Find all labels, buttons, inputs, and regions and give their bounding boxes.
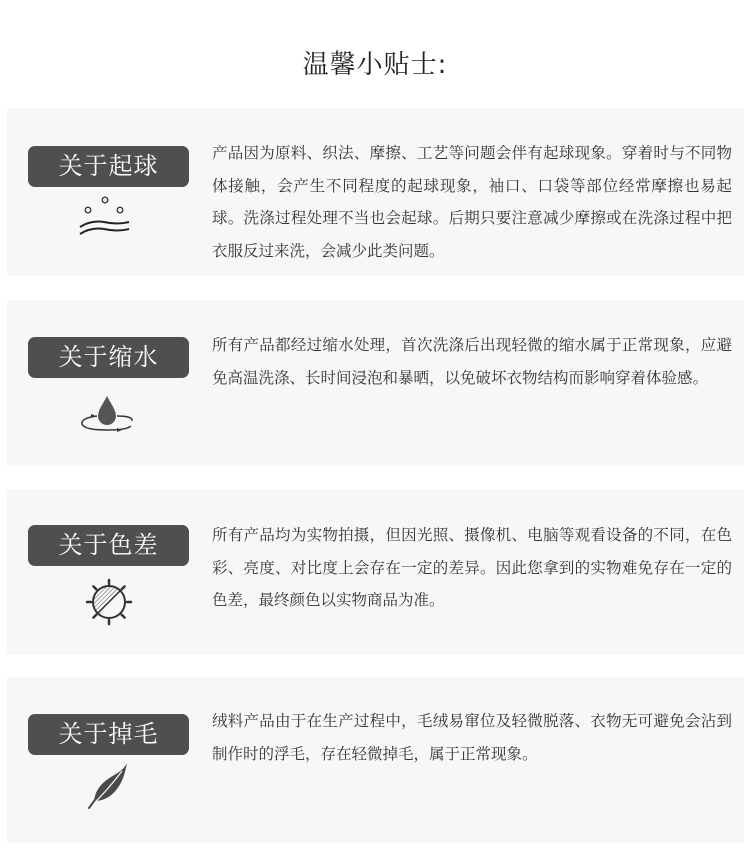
tip-badge-shrinkage: 关于缩水 <box>28 337 189 378</box>
tip-text-shrinkage: 所有产品都经过缩水处理，首次洗涤后出现轻微的缩水属于正常现象，应避免高温洗涤、长… <box>212 329 732 394</box>
feather-icon <box>67 761 147 811</box>
tip-badge-shedding: 关于掉毛 <box>28 714 189 755</box>
tip-text-color-difference: 所有产品均为实物拍摄，但因光照、摄像机、电脑等观看设备的不同，在色彩、亮度、对比… <box>212 519 732 617</box>
tip-card-pilling: 关于起球 产品因为原料、织法、摩擦、工艺等问题会伴有起球现象。穿着时与不同物体接… <box>7 108 744 276</box>
tip-text-shedding: 绒料产品由于在生产过程中，毛绒易窜位及轻微脱落、衣物无可避免会沾到制作时的浮毛，… <box>212 705 732 770</box>
tip-card-shedding: 关于掉毛 绒料产品由于在生产过程中，毛绒易窜位及轻微脱落、衣物无可避免会沾到制作… <box>7 677 744 843</box>
sun-brightness-icon <box>67 575 147 629</box>
page-title: 温馨小贴士: <box>0 47 750 83</box>
tip-badge-pilling: 关于起球 <box>28 146 189 187</box>
tip-card-color-difference: 关于色差 所有产品均为实物拍摄，但因光照、摄像 <box>7 489 744 655</box>
tip-text-pilling: 产品因为原料、织法、摩擦、工艺等问题会伴有起球现象。穿着时与不同物体接触，会产生… <box>212 137 732 267</box>
pilling-icon <box>67 194 147 244</box>
tip-card-shrinkage: 关于缩水 所有产品都经过缩水处理，首次洗涤后出现轻微的缩水属于正常现象，应避免高… <box>7 300 744 466</box>
tip-badge-color-difference: 关于色差 <box>28 525 189 566</box>
shrink-water-drop-icon <box>67 388 147 438</box>
